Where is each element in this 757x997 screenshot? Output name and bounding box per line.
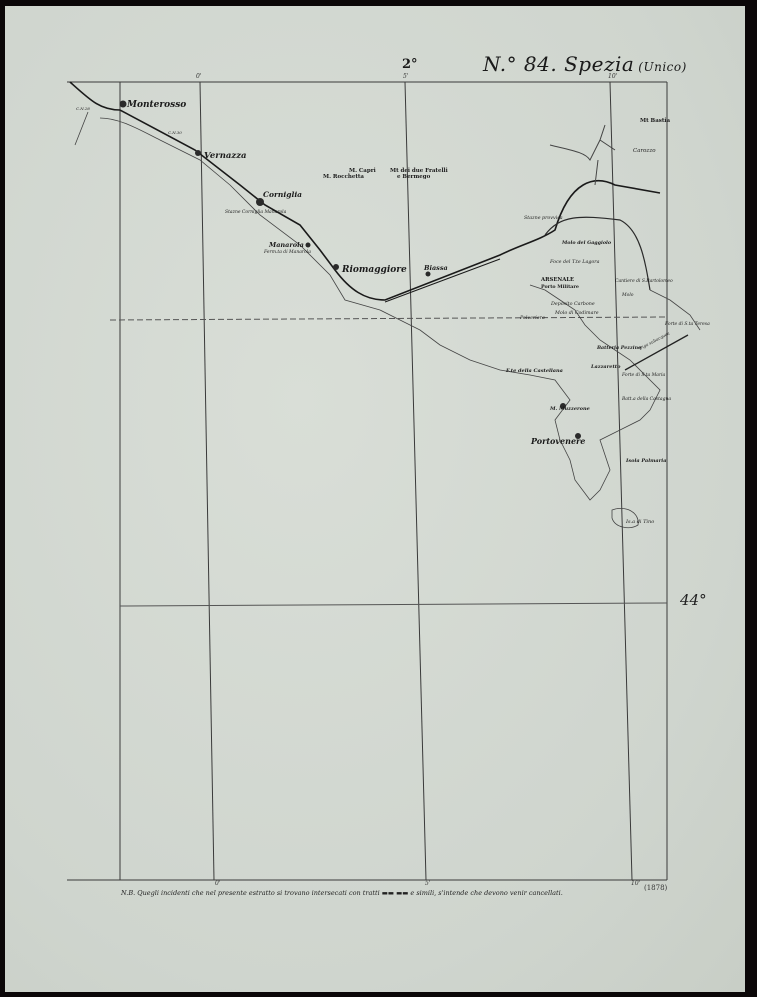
label-muzzerone: M. Muzzerone — [549, 406, 590, 412]
label-carozzo: Carozzo — [633, 148, 656, 154]
label-deposito-carbone: Deposito Carbone — [550, 301, 595, 307]
label-batteria-pezzino: Batteria Pezzino — [596, 345, 642, 351]
label-polveriera: Polveriera — [519, 315, 545, 321]
footnote: N.B. Quegli incidenti che nel presente e… — [121, 889, 563, 897]
label-cm-vernazza: C.N.30 — [168, 130, 182, 135]
label-molo-gaggiolo: Molo del Gaggiolo — [561, 240, 612, 246]
label-porto-militare: Porto Militare — [541, 284, 579, 290]
label-arsenale: ARSENALE — [540, 277, 574, 283]
label-bermego: e Bermego — [397, 174, 431, 180]
latitude-label: 44° — [680, 591, 707, 609]
label-cantiere-bartolomeo: Cantiere di S.Bartolomeo — [615, 278, 673, 284]
map-frame — [67, 82, 667, 880]
label-diga: Diga subacquea — [637, 330, 671, 351]
label-molo: Molo — [621, 292, 634, 298]
label-corniglia: Corniglia — [263, 190, 302, 199]
label-batt-castagna: Batt.a della Castagna — [621, 396, 671, 402]
label-forte-teresa: Forte di S.ta Teresa — [664, 321, 710, 327]
label-m-rocchetta: M. Rocchetta — [323, 174, 364, 180]
label-forte-castellana: F.te della Castellana — [505, 368, 563, 374]
label-riomaggiore: Riomaggiore — [341, 265, 407, 275]
label-molo-codimare: Molo di Codimare — [554, 310, 599, 316]
label-stazione-corniglia: Stazne Corniglia Manarola — [225, 209, 287, 215]
label-foce-lagora: Foce del T.te Lagora — [549, 259, 600, 265]
label-monterosso: Monterosso — [126, 100, 186, 110]
label-lazzaretto: Lazzaretto — [590, 364, 621, 370]
label-isola-palmaria: Isola Palmaria — [625, 458, 666, 464]
label-cm-monterosso: C.N.28 — [76, 106, 90, 111]
label-manarola: Manarola — [268, 241, 304, 249]
map-drawing: Monterosso Vernazza Corniglia Stazne Cor… — [0, 0, 757, 997]
label-isola-tino: Is.a di Tino — [625, 519, 654, 525]
label-fermata-manarola: Ferm.ta di Manarola — [263, 249, 311, 255]
label-vernazza: Vernazza — [204, 151, 247, 161]
label-biassa: Biassa — [423, 264, 448, 272]
label-mt-bastia: Mt Bastia — [640, 118, 670, 124]
year-label: (1878) — [644, 884, 667, 892]
label-portovenere: Portovenere — [530, 436, 585, 446]
label-forte-s-maria: Forte di S.ta Maria — [621, 372, 666, 378]
label-stazione-provvisoria: Stazne provvisa — [524, 215, 563, 221]
